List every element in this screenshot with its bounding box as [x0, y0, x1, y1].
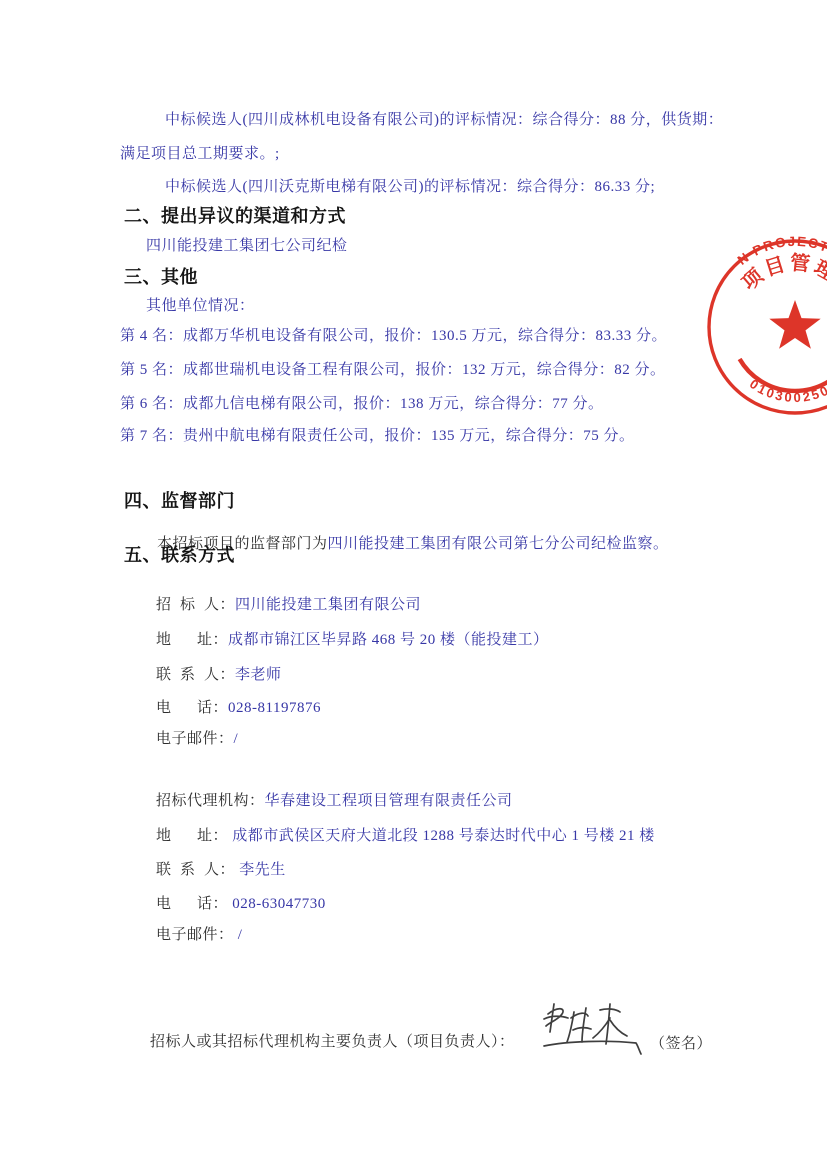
tenderer-email-value: /	[234, 731, 239, 747]
signature-label: 招标人或其招标代理机构主要负责人（项目负责人）：	[150, 1030, 515, 1051]
rank-6-line: 第 6 名：成都九信电梯有限公司，报价：138 万元，综合得分：77 分。	[120, 392, 604, 413]
seal-serial-number: 010300250	[747, 376, 827, 405]
handwritten-signature	[538, 1002, 653, 1057]
agency-email-row: 电子邮件： /	[139, 906, 242, 961]
seal-star-icon	[769, 300, 820, 349]
section3-heading: 三、其他	[124, 263, 198, 289]
agency-email-value: /	[234, 927, 243, 943]
eval-candidate-chenglin-line2: 满足项目总工期要求。;	[120, 142, 280, 163]
section2-body: 四川能投建工集团七公司纪检	[146, 234, 348, 255]
company-seal-stamp: N PROJECT 项目管理 010300250	[685, 217, 827, 437]
signature-stroke-char3	[593, 1004, 627, 1044]
agency-phone-value: 028-63047730	[228, 896, 326, 912]
rank-4-line: 第 4 名：成都万华机电设备有限公司，报价：130.5 万元，综合得分：83.3…	[120, 324, 667, 345]
section4-heading: 四、监督部门	[124, 487, 235, 513]
signature-underline	[544, 1041, 641, 1054]
section5-heading: 五、联系方式	[124, 541, 235, 567]
tenderer-email-row: 电子邮件：/	[139, 710, 238, 765]
rank-5-line: 第 5 名：成都世瑞机电设备工程有限公司，报价：132 万元，综合得分：82 分…	[120, 358, 666, 379]
signature-stroke-char1	[544, 1004, 568, 1032]
agency-address-value: 成都市武侯区天府大道北段 1288 号泰达时代中心 1 号楼 21 楼	[228, 828, 655, 844]
section3-intro: 其他单位情况：	[146, 294, 255, 315]
agency-email-label: 电子邮件：	[156, 927, 234, 943]
tenderer-phone-value: 028-81197876	[228, 700, 321, 716]
section2-heading: 二、提出异议的渠道和方式	[124, 202, 346, 228]
signature-suffix: （签名）	[650, 1032, 712, 1053]
eval-candidate-wokesi: 中标候选人(四川沃克斯电梯有限公司)的评标情况：综合得分：86.33 分;	[165, 175, 655, 196]
eval-candidate-chenglin-line1: 中标候选人(四川成林机电设备有限公司)的评标情况：综合得分：88 分，供货期：	[165, 108, 723, 129]
document-page: 中标候选人(四川成林机电设备有限公司)的评标情况：综合得分：88 分，供货期： …	[0, 0, 827, 1170]
rank-7-line: 第 7 名：贵州中航电梯有限责任公司，报价：135 万元，综合得分：75 分。	[120, 424, 635, 445]
tenderer-email-label: 电子邮件：	[156, 731, 234, 747]
signature-stroke-char2	[567, 1008, 591, 1042]
section4-value: 四川能投建工集团有限公司第七分公司纪检监察。	[328, 536, 669, 552]
